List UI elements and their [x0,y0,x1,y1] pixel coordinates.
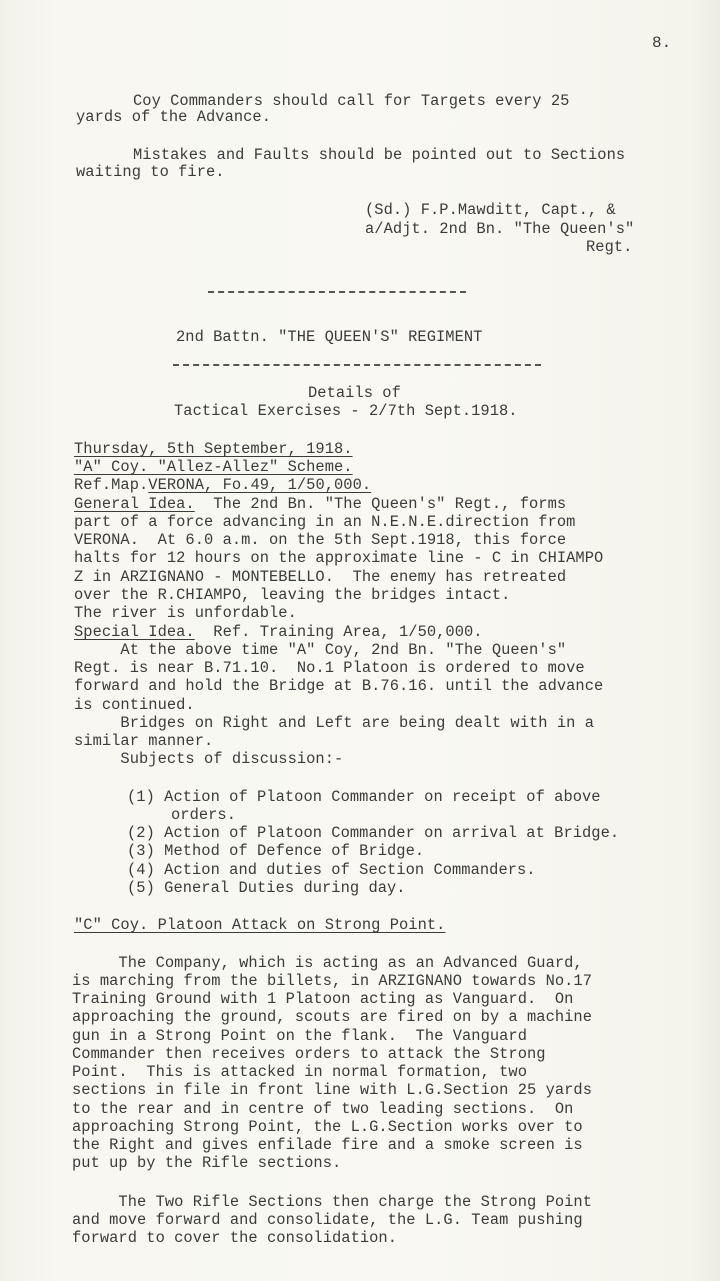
special-idea-line-3: Regt. is near B.71.10. No.1 Platoon is o… [74,659,585,677]
section-c-heading: "C" Coy. Platoon Attack on Strong Point. [74,916,445,934]
section-c-para2-line-1: The Two Rifle Sections then charge the S… [72,1193,592,1211]
intro-paragraph-1-line-2: yards of the Advance. [76,108,271,126]
section-c-para1-line-1: The Company, which is acting as an Advan… [72,954,583,972]
ref-map: Ref.Map.VERONA, Fo.49, 1/50,000. [74,476,371,494]
subject-item-1-cont: orders. [171,806,236,824]
subject-number: (5) [127,879,155,897]
signature-line-3: Regt. [586,238,632,256]
subject-number: (1) [127,788,155,806]
general-idea-line-6: over the R.CHIAMPO, leaving the bridges … [74,586,510,604]
intro-paragraph-2-line-2: waiting to fire. [76,163,225,181]
subject-item-3: (3) Method of Defence of Bridge. [127,842,424,860]
ref-map-prefix: Ref.Map. [74,476,148,494]
section-c-para1-line-11: the Right and gives enfilade fire and a … [72,1136,583,1154]
divider-under-regiment [173,364,541,366]
section-c-para1-line-4: approaching the ground, scouts are fired… [72,1008,592,1026]
section-c-para1-line-10: approaching Strong Point, the L.G.Sectio… [72,1118,583,1136]
subject-number: (4) [127,861,155,879]
general-idea-line-5: Z in ARZIGNANO - MONTEBELLO. The enemy h… [74,568,566,586]
subjects-heading: Subjects of discussion:- [74,750,343,768]
general-idea-line-3: VERONA. At 6.0 a.m. on the 5th Sept.1918… [74,531,566,549]
section-c-para1-line-2: is marching from the billets, in ARZIGNA… [72,972,592,990]
general-idea-line-1: General Idea. The 2nd Bn. "The Queen's" … [74,495,566,513]
general-idea-label: General Idea. [74,495,195,513]
section-c-para1-line-12: put up by the Rifle sections. [72,1154,341,1172]
subject-text: Method of Defence of Bridge. [164,842,424,860]
scheme-heading: "A" Coy. "Allez-Allez" Scheme. [74,458,353,476]
special-idea-line-2: At the above time "A" Coy, 2nd Bn. "The … [74,641,566,659]
exercise-date: Thursday, 5th September, 1918. [74,440,353,458]
title-line-1: Details of [308,384,401,402]
special-idea-line-5: is continued. [74,696,195,714]
subject-item-2: (2) Action of Platoon Commander on arriv… [127,824,619,842]
regiment-heading: 2nd Battn. "THE QUEEN'S" REGIMENT [176,328,482,346]
section-c-para2-line-3: forward to cover the consolidation. [72,1229,397,1247]
section-c-para2-line-2: and move forward and consolidate, the L.… [72,1211,583,1229]
divider-top [208,291,466,293]
subject-number: (2) [127,824,155,842]
section-c-para1-line-9: to the rear and in centre of two leading… [72,1100,573,1118]
special-idea-line-4: forward and hold the Bridge at B.76.16. … [74,677,603,695]
ref-map-value: VERONA, Fo.49, 1/50,000. [148,476,371,494]
general-idea-text: The 2nd Bn. "The Queen's" Regt., forms [195,495,566,513]
subject-item-4: (4) Action and duties of Section Command… [127,861,536,879]
special-idea-label: Special Idea. [74,623,195,641]
subject-item-1: (1) Action of Platoon Commander on recei… [127,788,601,806]
signature-line-1: (Sd.) F.P.Mawditt, Capt., & [365,201,616,219]
general-idea-line-7: The river is unfordable. [74,604,297,622]
section-c-para1-line-3: Training Ground with 1 Platoon acting as… [72,990,573,1008]
subject-text: Action of Platoon Commander on arrival a… [164,824,619,842]
subject-text: General Duties during day. [164,879,405,897]
special-idea-line-6: Bridges on Right and Left are being deal… [74,714,594,732]
section-c-para1-line-5: gun in a Strong Point on the flank. The … [72,1027,527,1045]
intro-paragraph-2-line-1: Mistakes and Faults should be pointed ou… [133,146,625,164]
section-c-para1-line-8: sections in file in front line with L.G.… [72,1081,592,1099]
general-idea-line-4: halts for 12 hours on the approximate li… [74,549,603,567]
title-line-2: Tactical Exercises - 2/7th Sept.1918. [174,402,518,420]
page-number: 8. [652,34,671,52]
signature-line-2: a/Adjt. 2nd Bn. "The Queen's" [365,220,634,238]
special-idea-line-7: similar manner. [74,732,213,750]
special-idea-ref: Ref. Training Area, 1/50,000. [195,623,483,641]
section-c-para1-line-6: Commander then receives orders to attack… [72,1045,546,1063]
subject-text: Action and duties of Section Commanders. [164,861,535,879]
section-c-para1-line-7: Point. This is attacked in normal format… [72,1063,527,1081]
subject-text: Action of Platoon Commander on receipt o… [164,788,600,806]
special-idea-line-1: Special Idea. Ref. Training Area, 1/50,0… [74,623,483,641]
document-page: 8. Coy Commanders should call for Target… [0,0,720,1281]
general-idea-line-2: part of a force advancing in an N.E.N.E.… [74,513,575,531]
subject-number: (3) [127,842,155,860]
subject-item-5: (5) General Duties during day. [127,879,406,897]
